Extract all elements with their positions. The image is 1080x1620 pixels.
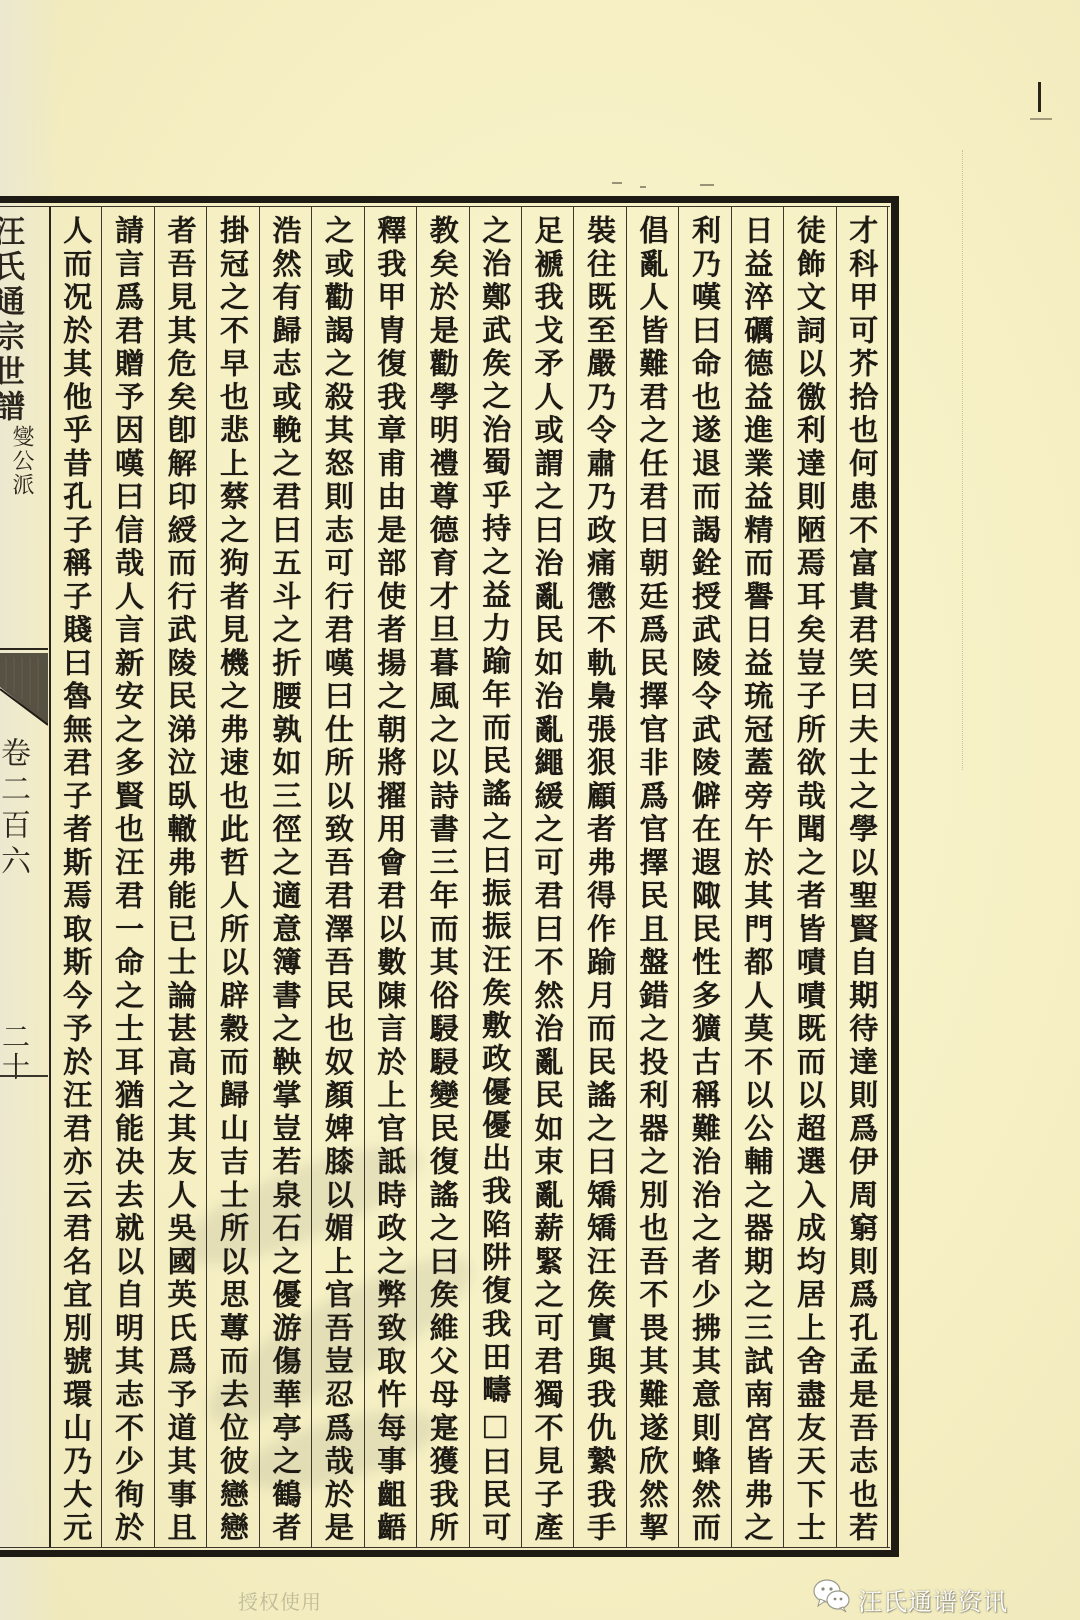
column-text: 徒飾文詞以徼利達則陋焉耳矣豈子所欲哉聞之者皆嘖嘖既而以超選入成均居上舍盡友天下士 — [785, 215, 835, 1541]
column-text: 者吾見其危矣卽解印綬而行武陵民涕泣臥轍弗能已士論甚高之其友人吳國英氏爲予道其事且 — [156, 215, 206, 1541]
text-column: 利乃嘆曰命也遂退而謁銓授武陵令武陵僻在遐陬民性多獷古稱難治治之者少拂其意則蜂然而 — [678, 207, 730, 1547]
text-column: 教矣於是勸學明禮尊德育才旦暮風之以詩書三年而其俗駸駸變民復謠之曰矦維父母寔獲我所 — [416, 207, 468, 1547]
text-column: 徒飾文詞以徼利達則陋焉耳矣豈子所欲哉聞之者皆嘖嘖既而以超選入成均居上舍盡友天下士 — [783, 207, 835, 1547]
wechat-icon — [812, 1578, 852, 1614]
text-column: 之治鄭武矦之治蜀乎持之益力踰年而民謠之曰振振汪矦敷政優優出我陷阱復我田疇□曰民可 — [469, 207, 521, 1547]
text-column: 者吾見其危矣卽解印綬而行武陵民涕泣臥轍弗能已士論甚高之其友人吳國英氏爲予道其事且 — [154, 207, 206, 1547]
text-column: 釋我甲胄復我章甫由是部使者揚之朝將擢用會君以數陳言於上官詆時政之弊致取忤每事齟齬 — [364, 207, 416, 1547]
authorized-use-stamp: 授权使用 — [238, 1586, 322, 1615]
text-column: 足褫我戈矛人或謂之曰治亂民如治亂繩緩之可君曰不然治亂民如束亂薪緊之可君獨不見子產 — [521, 207, 573, 1547]
frame-border-right — [891, 196, 899, 1557]
text-column: 浩然有歸志或輓之君曰五斗之折腰孰如三徑之適意簿書之鞅掌豈若泉石之優游傷華亭之鶴者 — [259, 207, 311, 1547]
column-text: 釋我甲胄復我章甫由是部使者揚之朝將擢用會君以數陳言於上官詆時政之弊致取忤每事齟齬 — [365, 215, 415, 1541]
frame-border-bottom — [0, 1550, 899, 1557]
column-text: 裝往既至嚴乃令肅乃政痛懲不軌梟張狠顧者弗得作踰月而民謠之曰矯矯汪矦實與我仇縶我手 — [575, 215, 625, 1541]
frame-border-top — [0, 196, 899, 203]
book-title: 汪氏通宗世譜 — [0, 215, 29, 425]
margin-divider — [0, 1075, 48, 1077]
column-text: 掛冠之不早也悲上蔡之狗者見機之弗速也此哲人所以辟穀而歸山吉士所以思蓴而去位彼戀戀 — [208, 215, 258, 1541]
column-text: 之或勸謁之殺其怒則志可行君嘆曰仕所以致吾君澤吾民也奴顏婢膝以媚上官吾豈忍爲哉於是 — [313, 215, 363, 1541]
paper-fold-line — [962, 150, 963, 770]
text-column: 倡亂人皆難君之任君曰朝廷爲民擇官非爲官擇民且盤錯之投利器之別也吾不畏其難遂欣然挈 — [626, 207, 678, 1547]
frame-border-bottom-inner — [0, 1547, 890, 1548]
column-text: 浩然有歸志或輓之君曰五斗之折腰孰如三徑之適意簿書之鞅掌豈若泉石之優游傷華亭之鶴者 — [260, 215, 310, 1541]
column-text: 教矣於是勸學明禮尊德育才旦暮風之以詩書三年而其俗駸駸變民復謠之曰矦維父母寔獲我所 — [418, 215, 468, 1541]
column-text: 請言爲君贈予因嘆曰信哉人言新安之多賢也汪君一命之士耳猶能决去就以自明其志不少徇於 — [103, 215, 153, 1541]
text-column: 人而况於其他乎昔孔子稱子賤曰魯無君子者斯焉取斯今予於汪君亦云君名宜別號環山乃大元 — [49, 207, 101, 1547]
text-column: 請言爲君贈予因嘆曰信哉人言新安之多賢也汪君一命之士耳猶能决去就以自明其志不少徇於 — [101, 207, 153, 1547]
text-column: 之或勸謁之殺其怒則志可行君嘆曰仕所以致吾君澤吾民也奴顏婢膝以媚上官吾豈忍爲哉於是 — [311, 207, 363, 1547]
text-body: 才科甲可芥拾也何患不富貴君笑曰夫士之學以聖賢自期待達則爲伊周窮則爲孔孟是吾志也若… — [49, 207, 888, 1547]
print-noise — [640, 186, 646, 188]
column-text: 足褫我戈矛人或謂之曰治亂民如治亂繩緩之可君曰不然治亂民如束亂薪緊之可君獨不見子產 — [523, 215, 573, 1541]
column-text: 人而况於其他乎昔孔子稱子賤曰魯無君子者斯焉取斯今予於汪君亦云君名宜別號環山乃大元 — [51, 215, 101, 1541]
fishtail-ornament-icon — [0, 647, 48, 727]
text-column: 日益淬礪德益進業益精而譽日益琉冠蓋旁午於其門都人莫不以公輔之器期之三試南宮皆弗之 — [731, 207, 783, 1547]
print-noise — [700, 184, 714, 186]
page-edge-mark — [1038, 82, 1041, 112]
column-text: 日益淬礪德益進業益精而譽日益琉冠蓋旁午於其門都人莫不以公輔之器期之三試南宮皆弗之 — [732, 215, 782, 1541]
account-name-watermark: 汪氏通谱资讯 — [858, 1582, 1008, 1617]
text-column: 掛冠之不早也悲上蔡之狗者見機之弗速也此哲人所以辟穀而歸山吉士所以思蓴而去位彼戀戀 — [206, 207, 258, 1547]
column-text: 之治鄭武矦之治蜀乎持之益力踰年而民謠之曰振振汪矦敷政優優出我陷阱復我田疇□曰民可 — [470, 215, 520, 1541]
page-margin-strip: 汪氏通宗世譜 燮公派 卷二百六 二十 — [0, 207, 48, 1547]
leaf-number: 二十 — [0, 1022, 34, 1082]
print-noise — [612, 182, 622, 184]
branch-label: 燮公派 — [6, 425, 37, 497]
column-text: 倡亂人皆難君之任君曰朝廷爲民擇官非爲官擇民且盤錯之投利器之別也吾不畏其難遂欣然挈 — [628, 215, 678, 1541]
volume-number: 卷二百六 — [0, 737, 34, 881]
column-text: 才科甲可芥拾也何患不富貴君笑曰夫士之學以聖賢自期待達則爲伊周窮則爲孔孟是吾志也若 — [837, 215, 887, 1541]
text-column: 裝往既至嚴乃令肅乃政痛懲不軌梟張狠顧者弗得作踰月而民謠之曰矯矯汪矦實與我仇縶我手 — [573, 207, 625, 1547]
text-column: 才科甲可芥拾也何患不富貴君笑曰夫士之學以聖賢自期待達則爲伊周窮則爲孔孟是吾志也若 — [836, 207, 888, 1547]
page-edge-mark — [1030, 118, 1052, 120]
column-text: 利乃嘆曰命也遂退而謁銓授武陵令武陵僻在遐陬民性多獷古稱難治治之者少拂其意則蜂然而 — [680, 215, 730, 1541]
